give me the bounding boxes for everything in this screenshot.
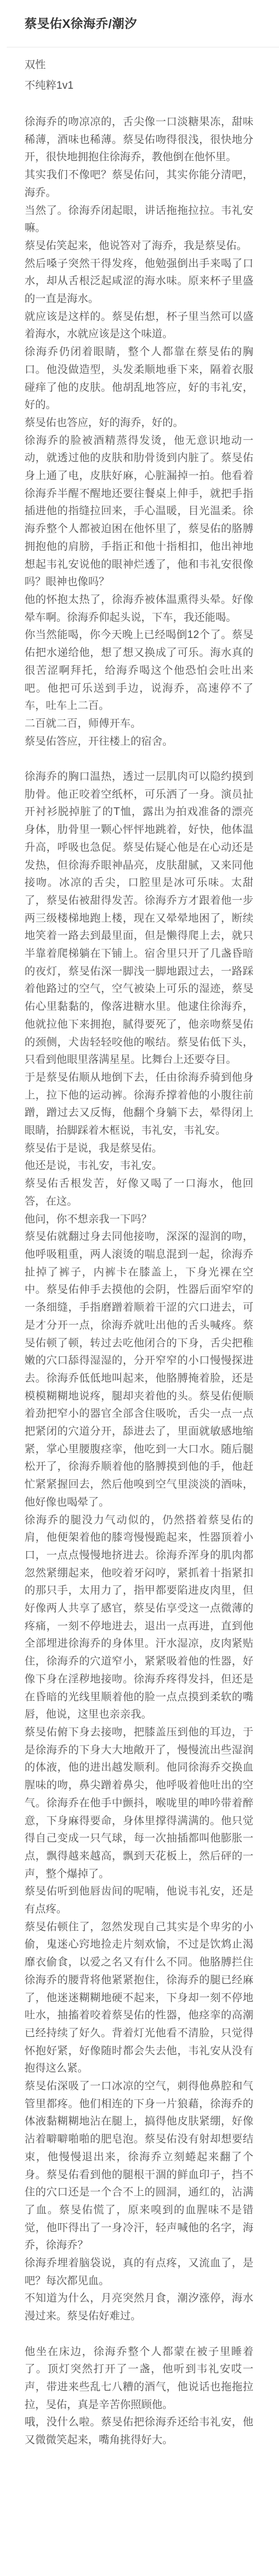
story-paragraph: 蔡旻佑深吸了一口冰凉的空气，刺得他鼻腔和气管里都疼。他们相连的下身一片狼藉，徐海… bbox=[25, 2078, 253, 2254]
story-paragraph: 其实我们不像吧？蔡旻佑问，其实你能分清吧，海乔。 bbox=[25, 166, 253, 202]
story-paragraph: 徐海乔的胸口温热，透过一层肌肉可以隐约摸到肋骨。他正咬着空纸杯，可乐洒了一身。演… bbox=[25, 768, 253, 1069]
story-paragraph: 蔡旻佑俯下身去接吻，把膝盖压到他的耳边，于是徐海乔的下身大大地敞开了，慢慢流出些… bbox=[25, 1724, 253, 1883]
story-page: 蔡旻佑X徐海乔/潮汐 双性不纯粹1v1 徐海乔的吻凉凉的，舌尖像一口淡糖果冻，甜… bbox=[0, 0, 279, 2576]
story-paragraph: 徐海乔的腿没力气动似的，仍然搭着蔡旻佑的肩，他便架着他的膝弯慢慢跪起来，性器顶着… bbox=[25, 1512, 253, 1724]
story-body: 徐海乔的吻凉凉的，舌尖像一口淡糖果冻，甜味稀薄，酒味也稀薄。蔡旻佑吻得很浅，很快… bbox=[0, 113, 279, 2449]
story-paragraph: 你当然能喝，你今天晚上已经喝倒12个了。蔡旻佑把水递给他，想了想又换成了可乐。海… bbox=[25, 626, 253, 715]
story-paragraph: 二百就二百，师傅开车。 bbox=[25, 715, 253, 733]
story-paragraph: 徐海乔的吻凉凉的，舌尖像一口淡糖果冻，甜味稀薄，酒味也稀薄。蔡旻佑吻得很浅，很快… bbox=[25, 113, 253, 166]
story-paragraph: 蔡旻佑答应，开往楼上的宿舍。 bbox=[25, 733, 253, 751]
story-paragraph: 不知道为什么，月亮突然月食，潮汐涨停，海水漫过来。蔡旻佑好难过。 bbox=[25, 2290, 253, 2325]
story-paragraph: 蔡旻佑听到他唇齿间的呢喃，他说韦礼安，还是有点疼。 bbox=[25, 1883, 253, 1918]
page-title: 蔡旻佑X徐海乔/潮汐 bbox=[0, 15, 279, 33]
tag-list: 双性不纯粹1v1 bbox=[0, 55, 279, 96]
title-divider bbox=[7, 47, 279, 47]
story-paragraph: 他坐在床边，徐海乔整个人都蒙在被子里睡着了。顶灯突然打开了一盏，他听到韦礼安哎一… bbox=[25, 2343, 253, 2414]
tag: 不纯粹1v1 bbox=[25, 75, 251, 96]
story-paragraph: 徐海乔埋着脑袋说，真的有点疼，又流血了，是吧？每次都见血。 bbox=[25, 2254, 253, 2290]
story-paragraph: 于是蔡旻佑顺从地倒下去，任由徐海乔骑到他身上，拉下他的运动裤。徐海乔撑着他的小腹… bbox=[25, 1069, 253, 1140]
story-paragraph: 徐海乔仍闭着眼睛，整个人都靠在蔡旻佑的胸口。他没做造型，头发柔顺地垂下来，隔着衣… bbox=[25, 343, 253, 414]
story-paragraph: 他还是说，韦礼安，韦礼安。 bbox=[25, 1157, 253, 1175]
story-paragraph: 蔡旻佑舌根发苦，好像又喝了一口海水，他回答，在这。 bbox=[25, 1175, 253, 1210]
story-paragraph: 蔡旻佑就翻过身去同他接吻，深深的湿润的吻，他呼吸粗重，两人滚烫的喘息混到一起，徐… bbox=[25, 1228, 253, 1511]
story-paragraph: 哦，没什么啦。蔡旻佑把徐海乔还给韦礼安，他又微微笑起来，嘴角挑得好大。 bbox=[25, 2414, 253, 2449]
story-paragraph: 蔡旻佑也答应，好的海乔，好的。 bbox=[25, 414, 253, 432]
story-paragraph: 蔡旻佑于是说，我是蔡旻佑。 bbox=[25, 1140, 253, 1158]
blank-line bbox=[25, 2325, 253, 2343]
story-paragraph: 当然了。徐海乔闭起眼，讲话拖拖拉拉。韦礼安嘛。 bbox=[25, 202, 253, 237]
tag: 双性 bbox=[25, 55, 251, 75]
story-paragraph: 蔡旻佑顿住了，忽然发现自己其实是个卑劣的小偷，鬼迷心窍地捡走片刻欢愉，不过是饮鸩… bbox=[25, 1918, 253, 2078]
story-paragraph: 徐海乔的脸被酒精蒸得发烫，他无意识地动一动，就透过他的皮肤和肋骨烫到内脏了。蔡旻… bbox=[25, 432, 253, 591]
story-paragraph: 就应该是这样的。蔡旻佑想，杯子里当然可以盛着海水，水就应该是这个味道。 bbox=[25, 308, 253, 343]
story-paragraph: 他的怀抱太热了，徐海乔被体温熏得头晕。好像晕车啊。徐海乔仰起头说，下车，我还能喝… bbox=[25, 591, 253, 626]
story-paragraph: 蔡旻佑笑起来，他说答对了海乔，我是蔡旻佑。 bbox=[25, 237, 253, 255]
story-paragraph: 然后嗓子突然干得发疼，他勉强倒出手来喝了口水，却从舌根泛起咸涩的海水味。原来杯子… bbox=[25, 255, 253, 308]
blank-line bbox=[25, 750, 253, 768]
story-paragraph: 他问，你不想亲我一下吗？ bbox=[25, 1211, 253, 1229]
